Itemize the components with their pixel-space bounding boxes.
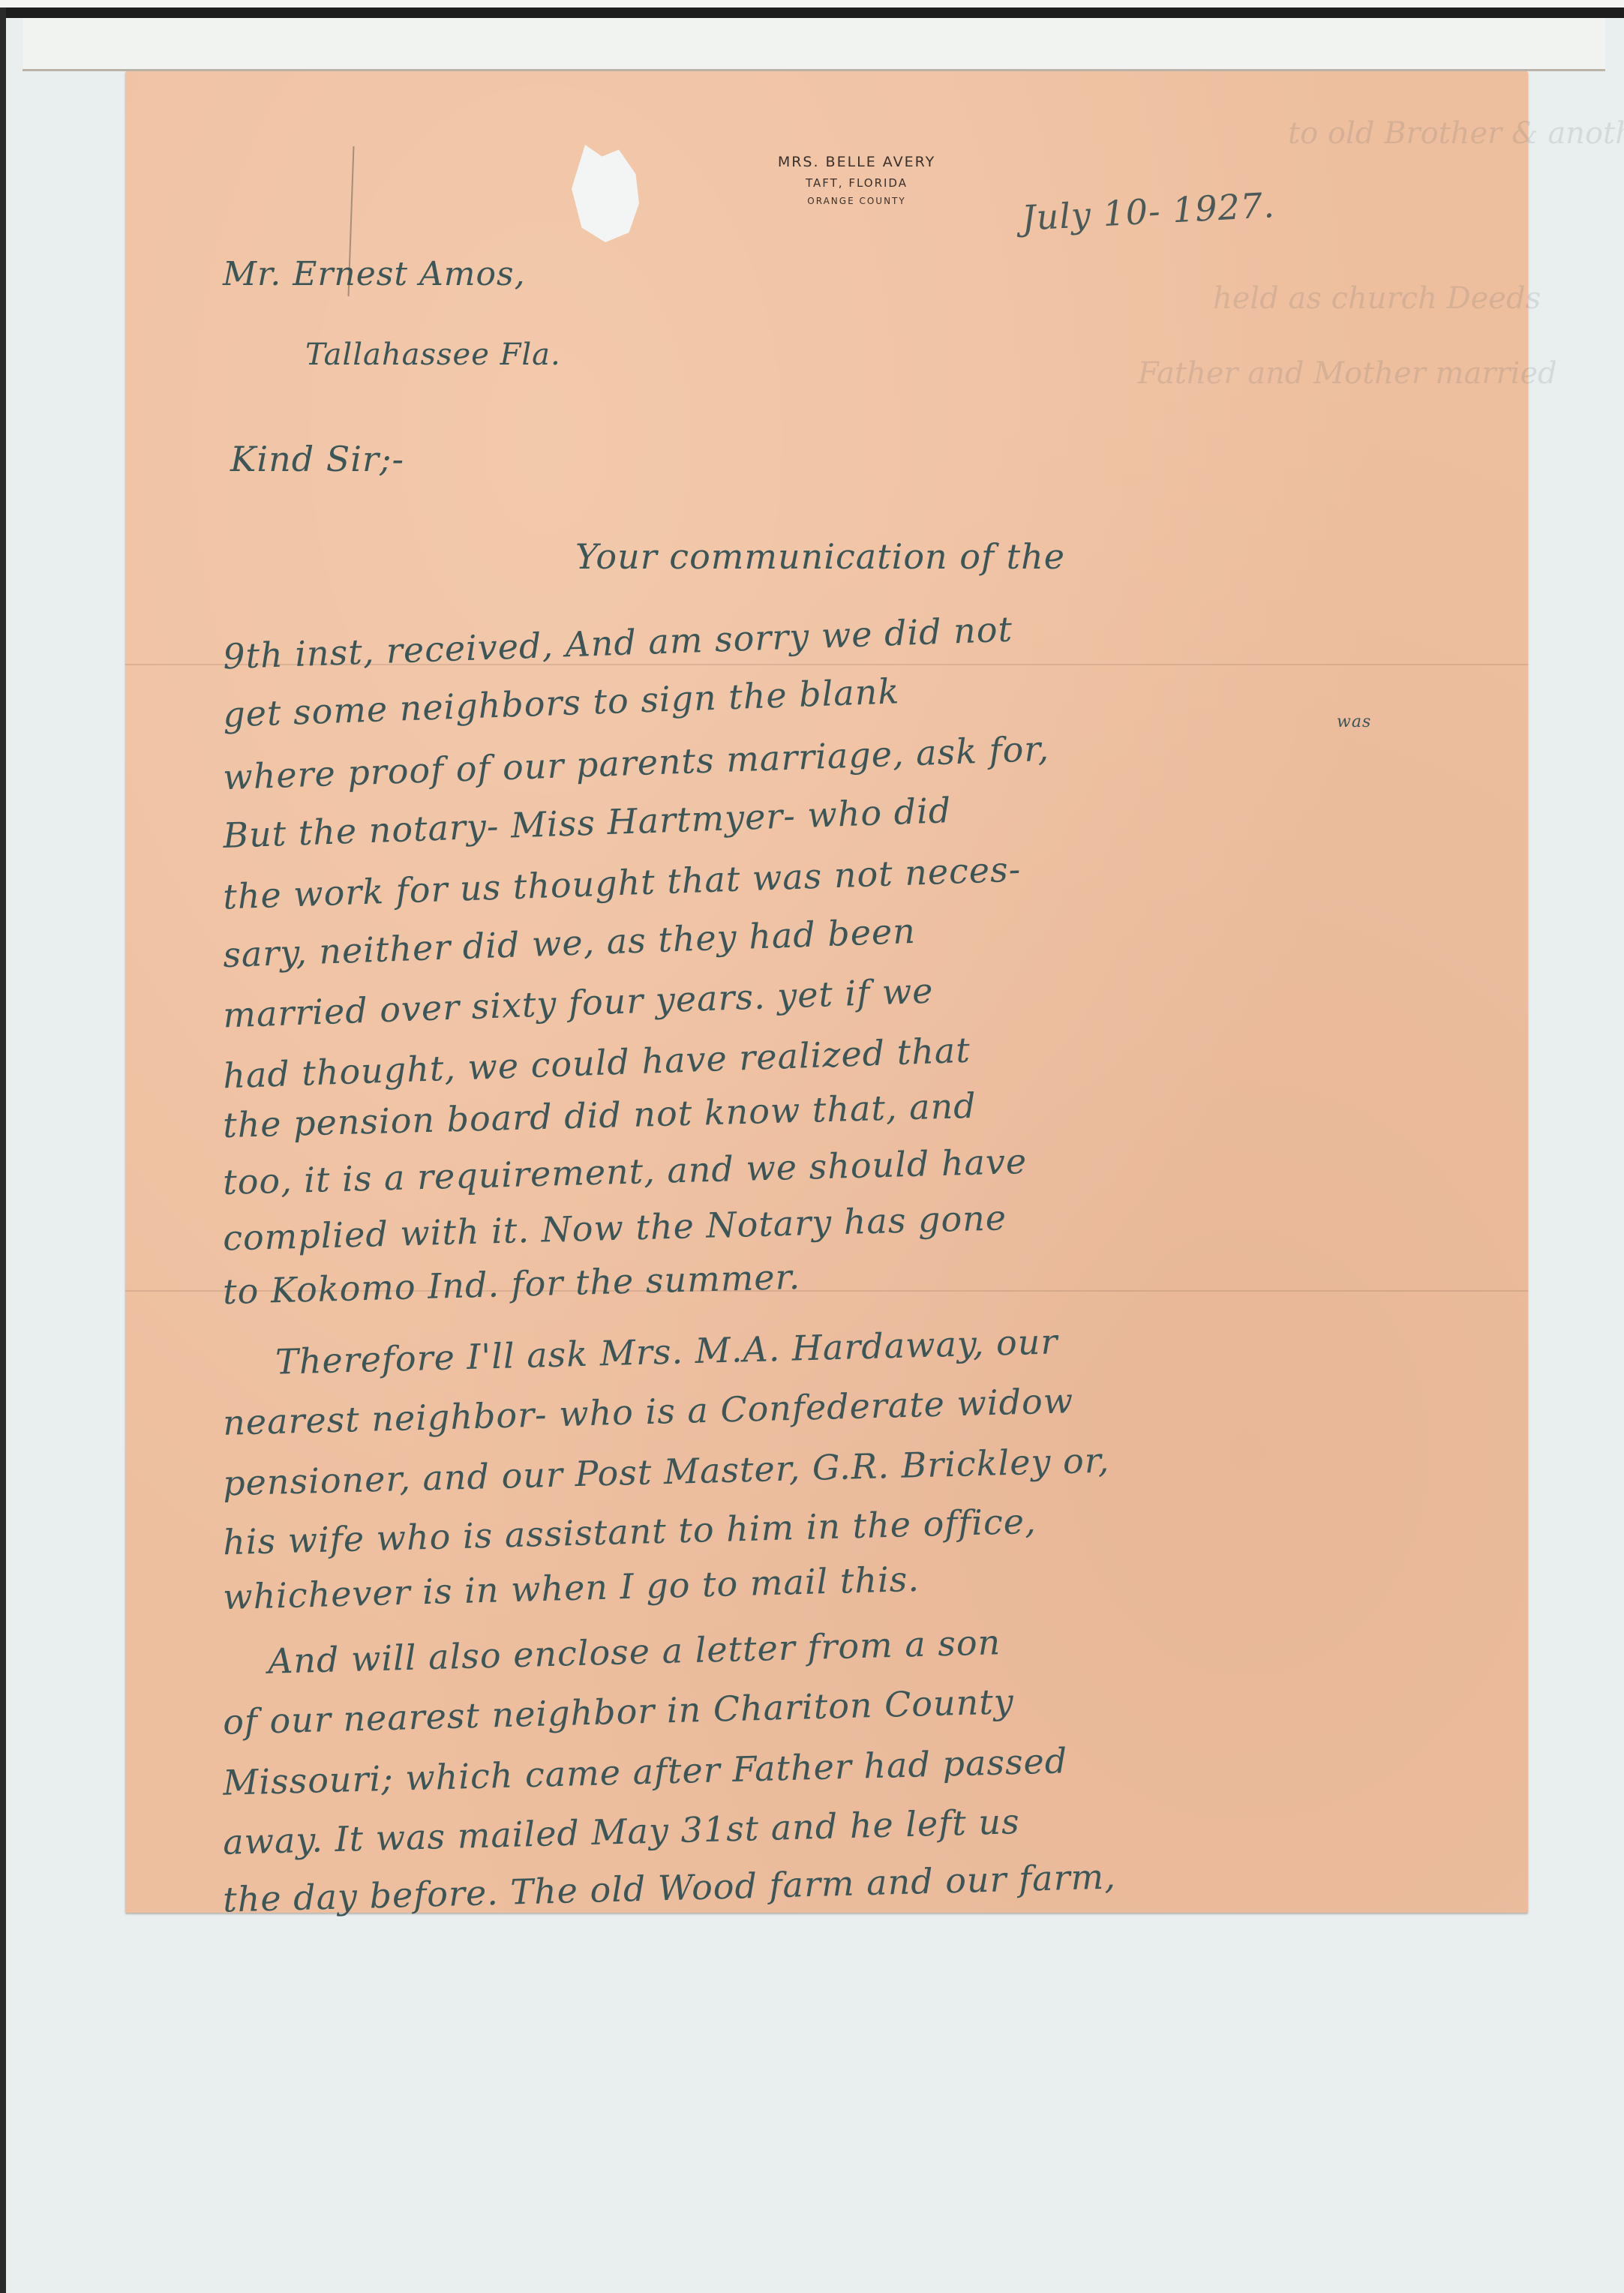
body-line: And will also enclose a letter from a so… (267, 1622, 1001, 1682)
body-line: Missouri; which came after Father had pa… (222, 1740, 1067, 1802)
recipient-address: Tallahassee Fla. (305, 338, 561, 372)
letter-page: to old Brother & another held as church … (125, 71, 1528, 1913)
body-line: get some neighbors to sign the blank (222, 671, 900, 734)
salutation: Kind Sir;- (230, 439, 404, 479)
bleed-through-text: Father and Mother married (1138, 356, 1557, 391)
body-line: to Kokomo Ind. for the summer. (222, 1256, 800, 1312)
mounting-strip (23, 18, 1605, 71)
bleed-through-text: to old Brother & another (1288, 116, 1624, 151)
body-line: his wife who is assistant to him in the … (222, 1501, 1037, 1562)
body-line: too, it is a requirement, and we should … (222, 1141, 1027, 1202)
scanner-top-margin (0, 0, 1624, 8)
body-line: the work for us thought that was not nec… (222, 848, 1022, 917)
scanner-left-edge (0, 8, 6, 2293)
body-line: Your communication of the (575, 536, 1065, 577)
letterhead: MRS. BELLE AVERY TAFT, FLORIDA ORANGE CO… (125, 154, 1528, 206)
body-line: married over sixty four years. yet if we (222, 970, 934, 1035)
letterhead-city: TAFT, FLORIDA (185, 176, 1528, 190)
body-line: 9th inst, received, And am sorry we did … (222, 609, 1013, 677)
body-line: But the notary- Miss Hartmyer- who did (222, 790, 952, 856)
scanner-dark-edge (0, 8, 1624, 18)
interlinear-insert: was (1337, 713, 1371, 731)
letterhead-county: ORANGE COUNTY (185, 196, 1528, 206)
bleed-through-text: held as church Deeds (1213, 281, 1541, 316)
body-line: Therefore I'll ask Mrs. M.A. Hardaway, o… (275, 1321, 1058, 1382)
body-line: complied with it. Now the Notary has gon… (222, 1197, 1007, 1258)
body-line: whichever is in when I go to mail this. (222, 1559, 920, 1617)
recipient-name: Mr. Ernest Amos, (223, 255, 526, 293)
body-line: the day before. The old Wood farm and ou… (222, 1856, 1116, 1919)
body-line: away. It was mailed May 31st and he left… (222, 1801, 1020, 1862)
body-line: had thought, we could have realized that (222, 1030, 971, 1097)
body-line: nearest neighbor- who is a Confederate w… (222, 1380, 1073, 1443)
body-line: of our nearest neighbor in Chariton Coun… (222, 1681, 1014, 1742)
body-line: the pension board did not know that, and (222, 1085, 977, 1145)
body-line: pensioner, and our Post Master, G.R. Bri… (222, 1440, 1109, 1504)
body-line: where proof of our parents marriage, ask… (222, 728, 1049, 797)
letterhead-name: MRS. BELLE AVERY (185, 154, 1528, 170)
body-line: sary, neither did we, as they had been (222, 911, 916, 975)
